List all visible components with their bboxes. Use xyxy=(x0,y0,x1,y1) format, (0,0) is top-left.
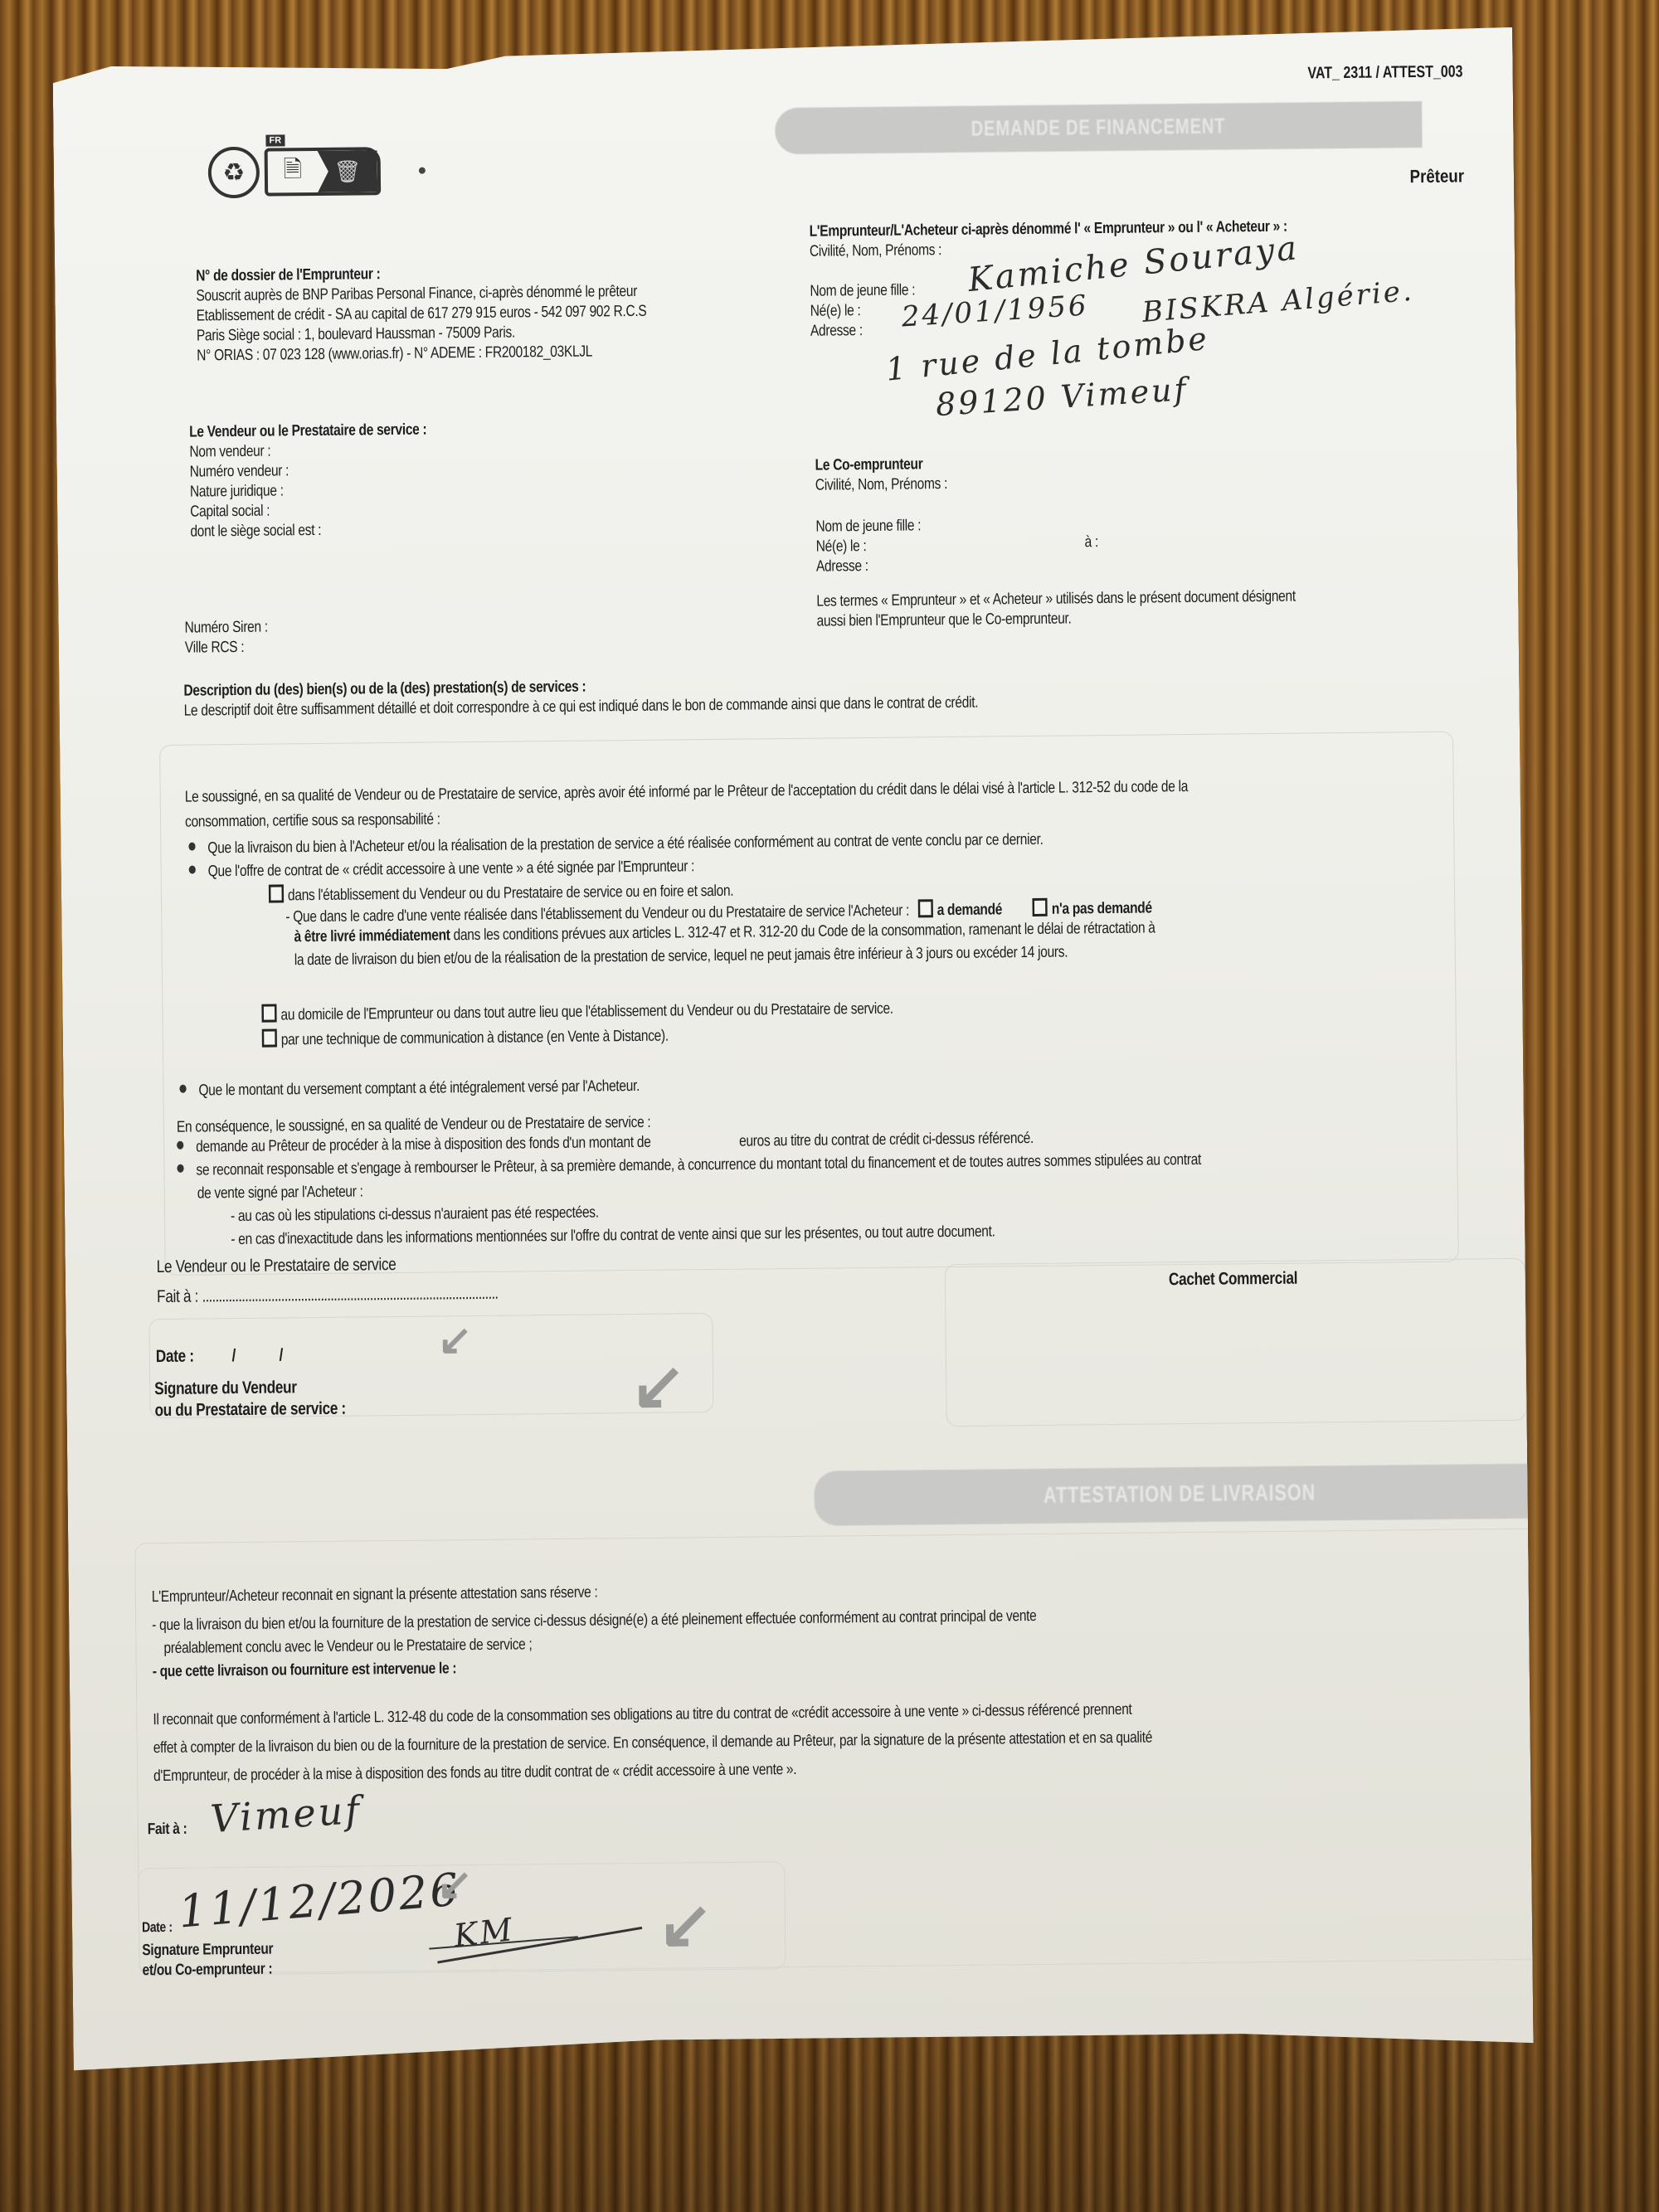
delivery-block: L'Emprunteur/Acheteur reconnait en signa… xyxy=(152,1573,1547,1787)
seller-registry: Numéro Siren : Ville RCS : xyxy=(185,617,287,658)
seller-field: Nature juridique : xyxy=(190,480,427,503)
triman-logo: FR 🗎 🗑 xyxy=(265,147,382,196)
checkbox-asked[interactable] xyxy=(918,899,933,917)
banner-demande-financement: DEMANDE DE FINANCEMENT xyxy=(775,101,1423,154)
banner-attestation-livraison: ATTESTATION DE LIVRAISON xyxy=(814,1464,1545,1526)
checkbox-distance[interactable] xyxy=(262,1029,277,1048)
checkbox-establishment[interactable] xyxy=(269,884,284,902)
bullet-icon xyxy=(188,843,195,851)
seller-block: Le Vendeur ou le Prestataire de service … xyxy=(189,420,479,542)
terms-note: aussi bien l'Emprunteur que le Co-emprun… xyxy=(816,607,1296,632)
siren-label: Numéro Siren : xyxy=(185,618,268,639)
copy-label: Prêteur xyxy=(1409,165,1464,187)
seller-field: Capital social : xyxy=(190,500,427,523)
seller-signature-title: Le Vendeur ou le Prestataire de service xyxy=(157,1254,498,1277)
stamp-label: Cachet Commercial xyxy=(1169,1269,1297,1291)
delivery-date-label: Date : xyxy=(142,1918,173,1937)
recycling-logos: ♻ FR 🗎 🗑 xyxy=(208,145,426,199)
document-reference: VAT_ 2311 / ATTEST_003 xyxy=(1308,62,1463,83)
checkbox-not-asked[interactable] xyxy=(1033,898,1048,916)
certification-intro: consommation, certifie sous sa responsab… xyxy=(185,802,1205,833)
bullet-icon xyxy=(179,1085,186,1093)
co-borrower-birth-place-label: à : xyxy=(1084,532,1098,552)
seller-signature-block: Le Vendeur ou le Prestataire de service … xyxy=(157,1253,573,1307)
description-block: Description du (des) bien(s) ou de la (d… xyxy=(183,671,1152,721)
sign-here-arrow-icon: ↙ xyxy=(436,1860,473,1909)
bullet-icon xyxy=(189,866,196,874)
sign-here-arrow-icon: ↙ xyxy=(658,1885,714,1963)
lender-line: N° ORIAS : 07 023 128 (www.orias.fr) - N… xyxy=(197,342,647,367)
seller-field: dont le siège social est : xyxy=(190,520,427,542)
rcs-label: Ville RCS : xyxy=(185,638,268,659)
paper-sheet-icon: 🗎 xyxy=(268,151,319,193)
seller-field: Numéro vendeur : xyxy=(190,460,427,483)
amount-field[interactable] xyxy=(651,1146,740,1147)
seller-place-field[interactable]: Fait à : ...............................… xyxy=(157,1284,498,1307)
fr-badge: FR xyxy=(265,134,285,146)
recycling-bin-icon: 🗑 xyxy=(318,150,378,192)
bullet-icon xyxy=(177,1141,183,1150)
checkbox-home[interactable] xyxy=(261,1004,276,1023)
bullet-icon xyxy=(177,1164,183,1173)
sign-here-arrow-icon: ↙ xyxy=(630,1346,687,1424)
dot-mark xyxy=(419,168,426,174)
co-borrower-block: Le Co-emprunteur Civilité, Nom, Prénoms … xyxy=(815,450,1400,631)
delivery-place-label: Fait à : xyxy=(148,1820,187,1840)
seller-signature-label: Signature du Vendeur ou du Prestataire d… xyxy=(154,1377,346,1422)
delivery-place-handwritten[interactable]: Vimeuf xyxy=(209,1787,363,1841)
borrower-signature-label: Signature Emprunteur et/ou Co-emprunteur… xyxy=(142,1940,273,1981)
form-sheet: VAT_ 2311 / ATTEST_003 DEMANDE DE FINANC… xyxy=(52,27,1534,2074)
sign-here-arrow-icon: ↙ xyxy=(437,1315,473,1364)
borrower-signature-handwritten[interactable]: KM xyxy=(452,1911,517,1954)
certification-block: Le soussigné, en sa qualité de Vendeur o… xyxy=(185,775,1434,1251)
seller-title: Le Vendeur ou le Prestataire de service … xyxy=(189,421,426,443)
lender-block: N° de dossier de l'Emprunteur : Souscrit… xyxy=(196,261,746,367)
seller-field: Nom vendeur : xyxy=(189,440,426,463)
delivery-paragraph: effet à compter de la livraison du bien … xyxy=(153,1727,1297,1758)
recycling-person-icon: ♻ xyxy=(208,147,260,199)
seller-date-field[interactable]: Date :// xyxy=(156,1345,283,1367)
